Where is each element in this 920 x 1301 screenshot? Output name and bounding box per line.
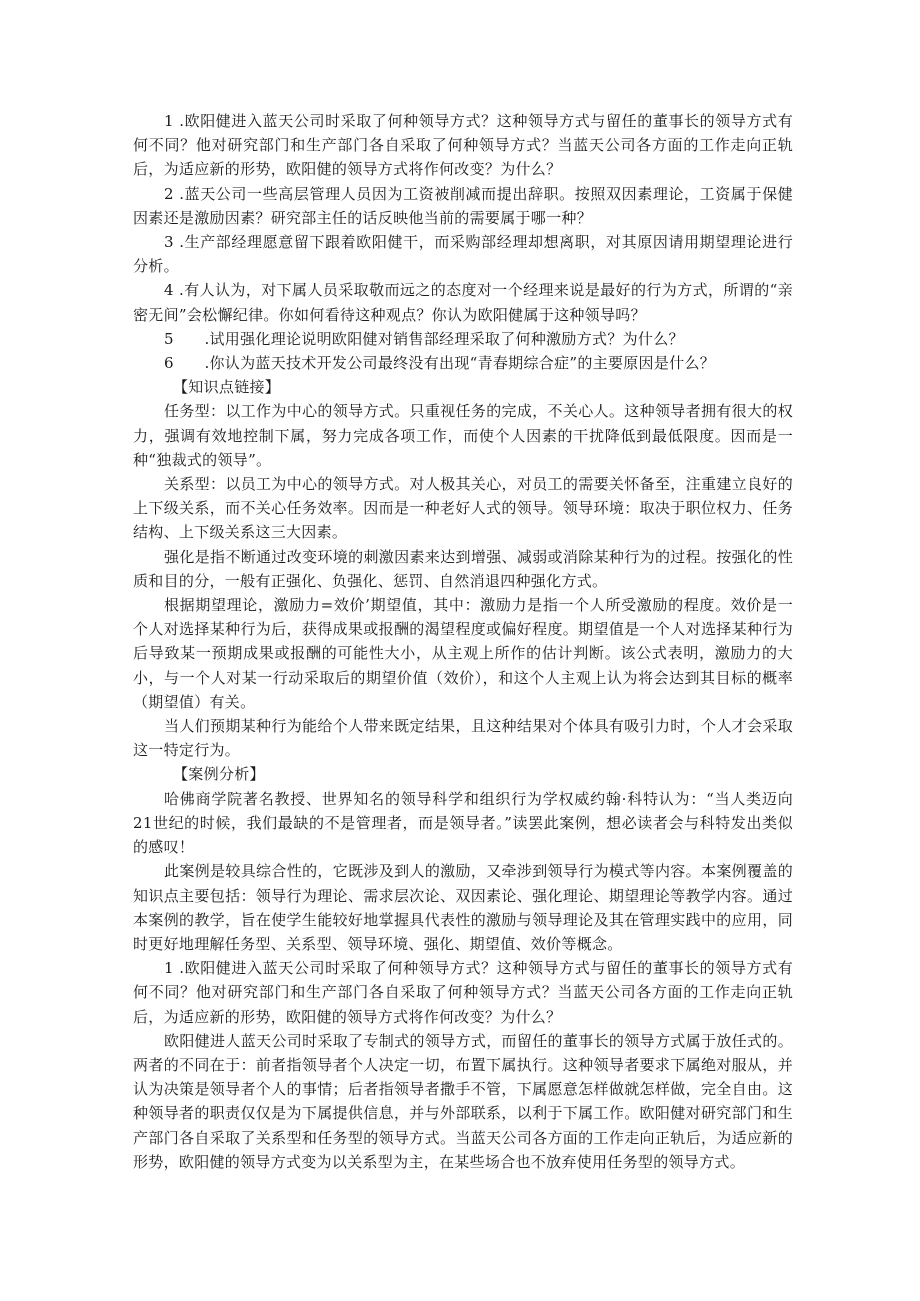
knowledge-paragraph: 任务型：以工作为中心的领导方式。只重视任务的完成，不关心人。这种领导者拥有很大的…	[133, 399, 793, 472]
knowledge-paragraph: 当人们预期某种行为能给个人带来既定结果，且这种结果对个体具有吸引力时，个人才会采…	[133, 714, 793, 762]
analysis-heading: 【案例分析】	[133, 762, 793, 786]
analysis-answer-1: 欧阳健进人蓝天公司时采取了专制式的领导方式，而留任的董事长的领导方式属于放任式的…	[133, 1029, 793, 1174]
analysis-paragraph: 哈佛商学院著名教授、世界知名的领导科学和组织行为学权威约翰·科特认为：“当人类迈…	[133, 787, 793, 860]
knowledge-heading: 【知识点链接】	[133, 375, 793, 399]
knowledge-paragraph: 根据期望理论，激励力=效价’期望值，其中：激励力是指一个人所受激励的程度。效价是…	[133, 593, 793, 714]
knowledge-paragraph: 强化是指不断通过改变环境的刺激因素来达到增强、减弱或消除某种行为的过程。按强化的…	[133, 545, 793, 593]
question-2: 2 .蓝天公司一些高层管理人员因为工资被削减而提出辞职。按照双因素理论，工资属于…	[133, 182, 793, 230]
knowledge-paragraph: 关系型：以员工为中心的领导方式。对人极其关心，对员工的需要关怀备至，注重建立良好…	[133, 472, 793, 545]
document-page: 1 .欧阳健进入蓝天公司时采取了何种领导方式？这种领导方式与留任的董事长的领导方…	[133, 109, 793, 1174]
question-3: 3 .生产部经理愿意留下跟着欧阳健干，而采购部经理却想离职，对其原因请用期望理论…	[133, 230, 793, 278]
question-1: 1 .欧阳健进入蓝天公司时采取了何种领导方式？这种领导方式与留任的董事长的领导方…	[133, 109, 793, 182]
question-4: 4 .有人认为，对下属人员采取敬而远之的态度对一个经理来说是最好的行为方式，所谓…	[133, 278, 793, 326]
question-6: 6 .你认为蓝天技术开发公司最终没有出现“青春期综合症”的主要原因是什么？	[133, 351, 793, 375]
analysis-paragraph: 此案例是较具综合性的，它既涉及到人的激励，又牵涉到领导行为模式等内容。本案例覆盖…	[133, 859, 793, 956]
question-5: 5 .试用强化理论说明欧阳健对销售部经理采取了何种激励方式？为什么？	[133, 327, 793, 351]
analysis-question-1: 1 .欧阳健进入蓝天公司时采取了何种领导方式？这种领导方式与留任的董事长的领导方…	[133, 956, 793, 1029]
